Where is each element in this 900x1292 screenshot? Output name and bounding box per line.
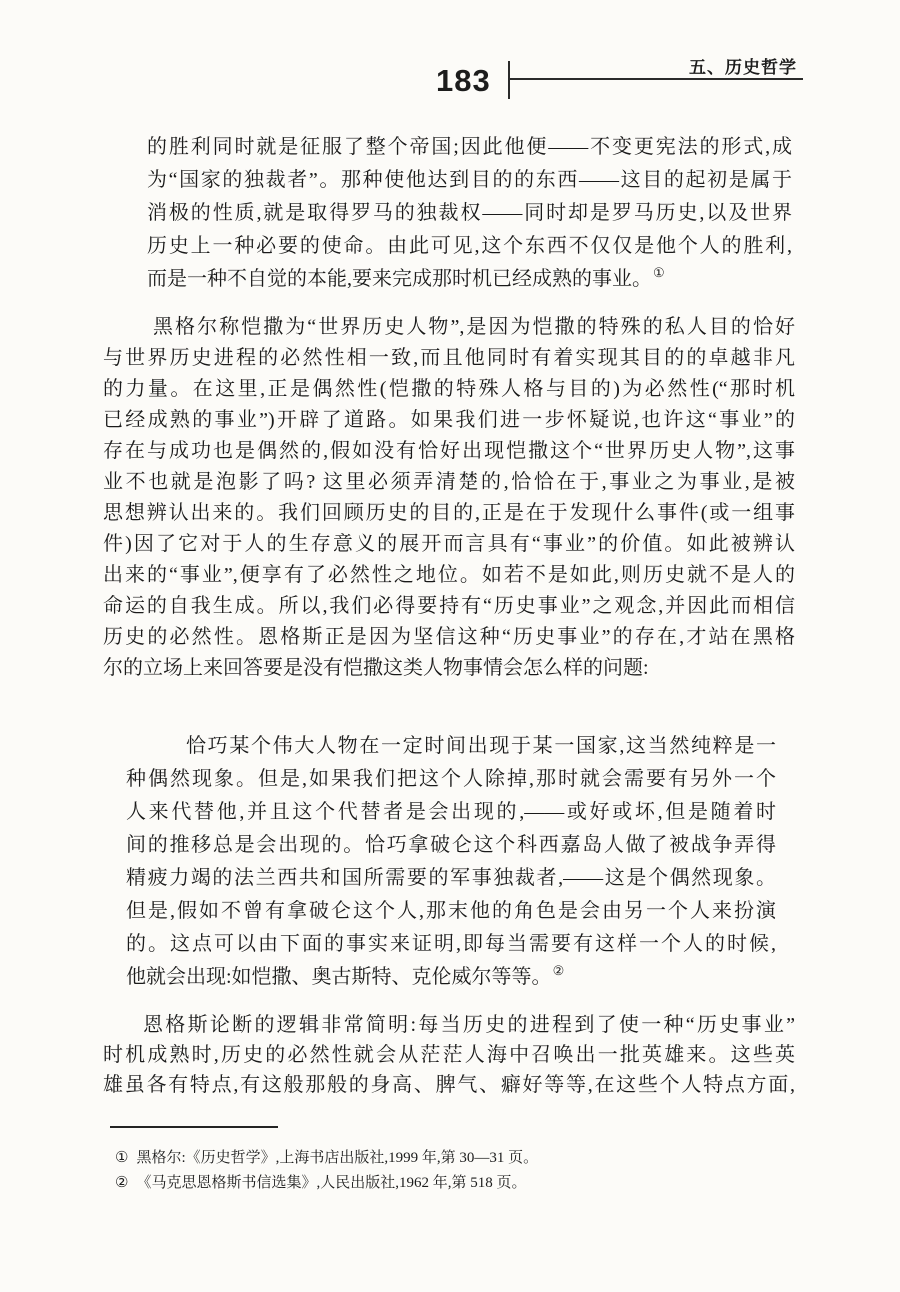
text-line: 为“国家的独裁者”。那种使他达到目的的东西——这目的起初是属于 — [147, 164, 792, 197]
text-line: 恩格斯论断的逻辑非常简明:每当历史的进程到了使一种“历史事业” — [103, 1010, 795, 1040]
text-line: 但是,假如不曾有拿破仑这个人,那末他的角色是会由另一个人来扮演 — [126, 895, 776, 928]
text-line: 历史的必然性。恩格斯正是因为坚信这种“历史事业”的存在,才站在黑格 — [103, 622, 795, 653]
quote-engels: 恰巧某个伟大人物在一定时间出现于某一国家,这当然纯粹是一种偶然现象。但是,如果我… — [126, 730, 776, 994]
paragraph-hegel-analysis: 黑格尔称恺撒为“世界历史人物”,是因为恺撒的特殊的私人目的恰好与世界历史进程的必… — [103, 312, 795, 684]
footnote-2: ② 《马克思恩格斯书信选集》,人民出版社,1962 年,第 518 页。 — [115, 1171, 775, 1196]
text-line: 出来的“事业”,便享有了必然性之地位。如若不是如此,则历史就不是人的 — [103, 560, 795, 591]
text-line: 历史上一种必要的使命。由此可见,这个东西不仅仅是他个人的胜利, — [147, 230, 792, 263]
text-line: 业不也就是泡影了吗? 这里必须弄清楚的,恰恰在于,事业之为事业,是被 — [103, 467, 795, 498]
paragraph-engels-logic: 恩格斯论断的逻辑非常简明:每当历史的进程到了使一种“历史事业”时机成熟时,历史的… — [103, 1010, 795, 1100]
text-line: 消极的性质,就是取得罗马的独裁权——同时却是罗马历史,以及世界 — [147, 197, 792, 230]
text-line: 精疲力竭的法兰西共和国所需要的军事独裁者,——这是个偶然现象。 — [126, 862, 776, 895]
footnote-2-text: 《马克思恩格斯书信选集》,人民出版社,1962 年,第 518 页。 — [136, 1171, 775, 1196]
text-line: 而是一种不自觉的本能,要来完成那时机已经成熟的事业。① — [147, 263, 792, 296]
text-line: 人来代替他,并且这个代替者是会出现的,——或好或坏,但是随着时 — [126, 796, 776, 829]
footnotes: ① 黑格尔:《历史哲学》,上海书店出版社,1999 年,第 30—31 页。 ②… — [115, 1146, 775, 1196]
footnote-1: ① 黑格尔:《历史哲学》,上海书店出版社,1999 年,第 30—31 页。 — [115, 1146, 775, 1171]
footnote-ref-1: ① — [653, 265, 665, 280]
text-line: 已经成熟的事业”)开辟了道路。如果我们进一步怀疑说,也许这“事业”的 — [103, 405, 795, 436]
quote-engels-lines: 恰巧某个伟大人物在一定时间出现于某一国家,这当然纯粹是一种偶然现象。但是,如果我… — [126, 730, 776, 961]
text-line: 存在与成功也是偶然的,假如没有恰好出现恺撒这个“世界历史人物”,这事 — [103, 436, 795, 467]
text-line: 恰巧某个伟大人物在一定时间出现于某一国家,这当然纯粹是一 — [126, 730, 776, 763]
book-page: 183 五、历史哲学 的胜利同时就是征服了整个帝国;因此他便——不变更宪法的形式… — [0, 0, 900, 1292]
quote-engels-last-line: 他就会出现:如恺撒、奥古斯特、克伦威尔等等。 — [126, 966, 552, 988]
paragraph-hegel-analysis-lines: 黑格尔称恺撒为“世界历史人物”,是因为恺撒的特殊的私人目的恰好与世界历史进程的必… — [103, 312, 795, 684]
text-line: 时机成熟时,历史的必然性就会从茫茫人海中召唤出一批英雄来。这些英 — [103, 1040, 795, 1070]
text-line: 间的推移总是会出现的。恰巧拿破仑这个科西嘉岛人做了被战争弄得 — [126, 829, 776, 862]
text-line: 思想辨认出来的。我们回顾历史的目的,正是在于发现什么事件(或一组事 — [103, 498, 795, 529]
quote-hegel-last-line: 而是一种不自觉的本能,要来完成那时机已经成熟的事业。 — [147, 268, 652, 290]
text-line: 他就会出现:如恺撒、奥古斯特、克伦威尔等等。② — [126, 961, 776, 994]
text-line: 与世界历史进程的必然性相一致,而且他同时有着实现其目的的卓越非凡 — [103, 343, 795, 374]
text-line: 的胜利同时就是征服了整个帝国;因此他便——不变更宪法的形式,成 — [147, 131, 792, 164]
text-line: 的力量。在这里,正是偶然性(恺撒的特殊人格与目的)为必然性(“那时机 — [103, 374, 795, 405]
text-line: 的。这点可以由下面的事实来证明,即每当需要有这样一个人的时候, — [126, 928, 776, 961]
page-number: 183 — [436, 65, 491, 96]
footnote-2-marker: ② — [115, 1171, 128, 1196]
quote-hegel-lines: 的胜利同时就是征服了整个帝国;因此他便——不变更宪法的形式,成为“国家的独裁者”… — [147, 131, 792, 263]
quote-hegel-continuation: 的胜利同时就是征服了整个帝国;因此他便——不变更宪法的形式,成为“国家的独裁者”… — [147, 131, 792, 296]
footnote-divider — [110, 1126, 278, 1128]
paragraph-engels-logic-lines: 恩格斯论断的逻辑非常简明:每当历史的进程到了使一种“历史事业”时机成熟时,历史的… — [103, 1010, 795, 1100]
footnote-1-text: 黑格尔:《历史哲学》,上海书店出版社,1999 年,第 30—31 页。 — [136, 1146, 775, 1171]
header-horizontal-rule — [509, 78, 803, 80]
section-title: 五、历史哲学 — [500, 58, 797, 78]
footnote-ref-2: ② — [553, 963, 565, 978]
text-line: 命运的自我生成。所以,我们必得要持有“历史事业”之观念,并因此而相信 — [103, 591, 795, 622]
footnote-1-marker: ① — [115, 1146, 128, 1171]
text-line: 雄虽各有特点,有这般那般的身高、脾气、癖好等等,在这些个人特点方面, — [103, 1070, 795, 1100]
text-line: 黑格尔称恺撒为“世界历史人物”,是因为恺撒的特殊的私人目的恰好 — [103, 312, 795, 343]
text-line: 尔的立场上来回答要是没有恺撒这类人物事情会怎么样的问题: — [103, 653, 795, 684]
text-line: 种偶然现象。但是,如果我们把这个人除掉,那时就会需要有另外一个 — [126, 763, 776, 796]
text-line: 件)因了它对于人的生存意义的展开而言具有“事业”的价值。如此被辨认 — [103, 529, 795, 560]
